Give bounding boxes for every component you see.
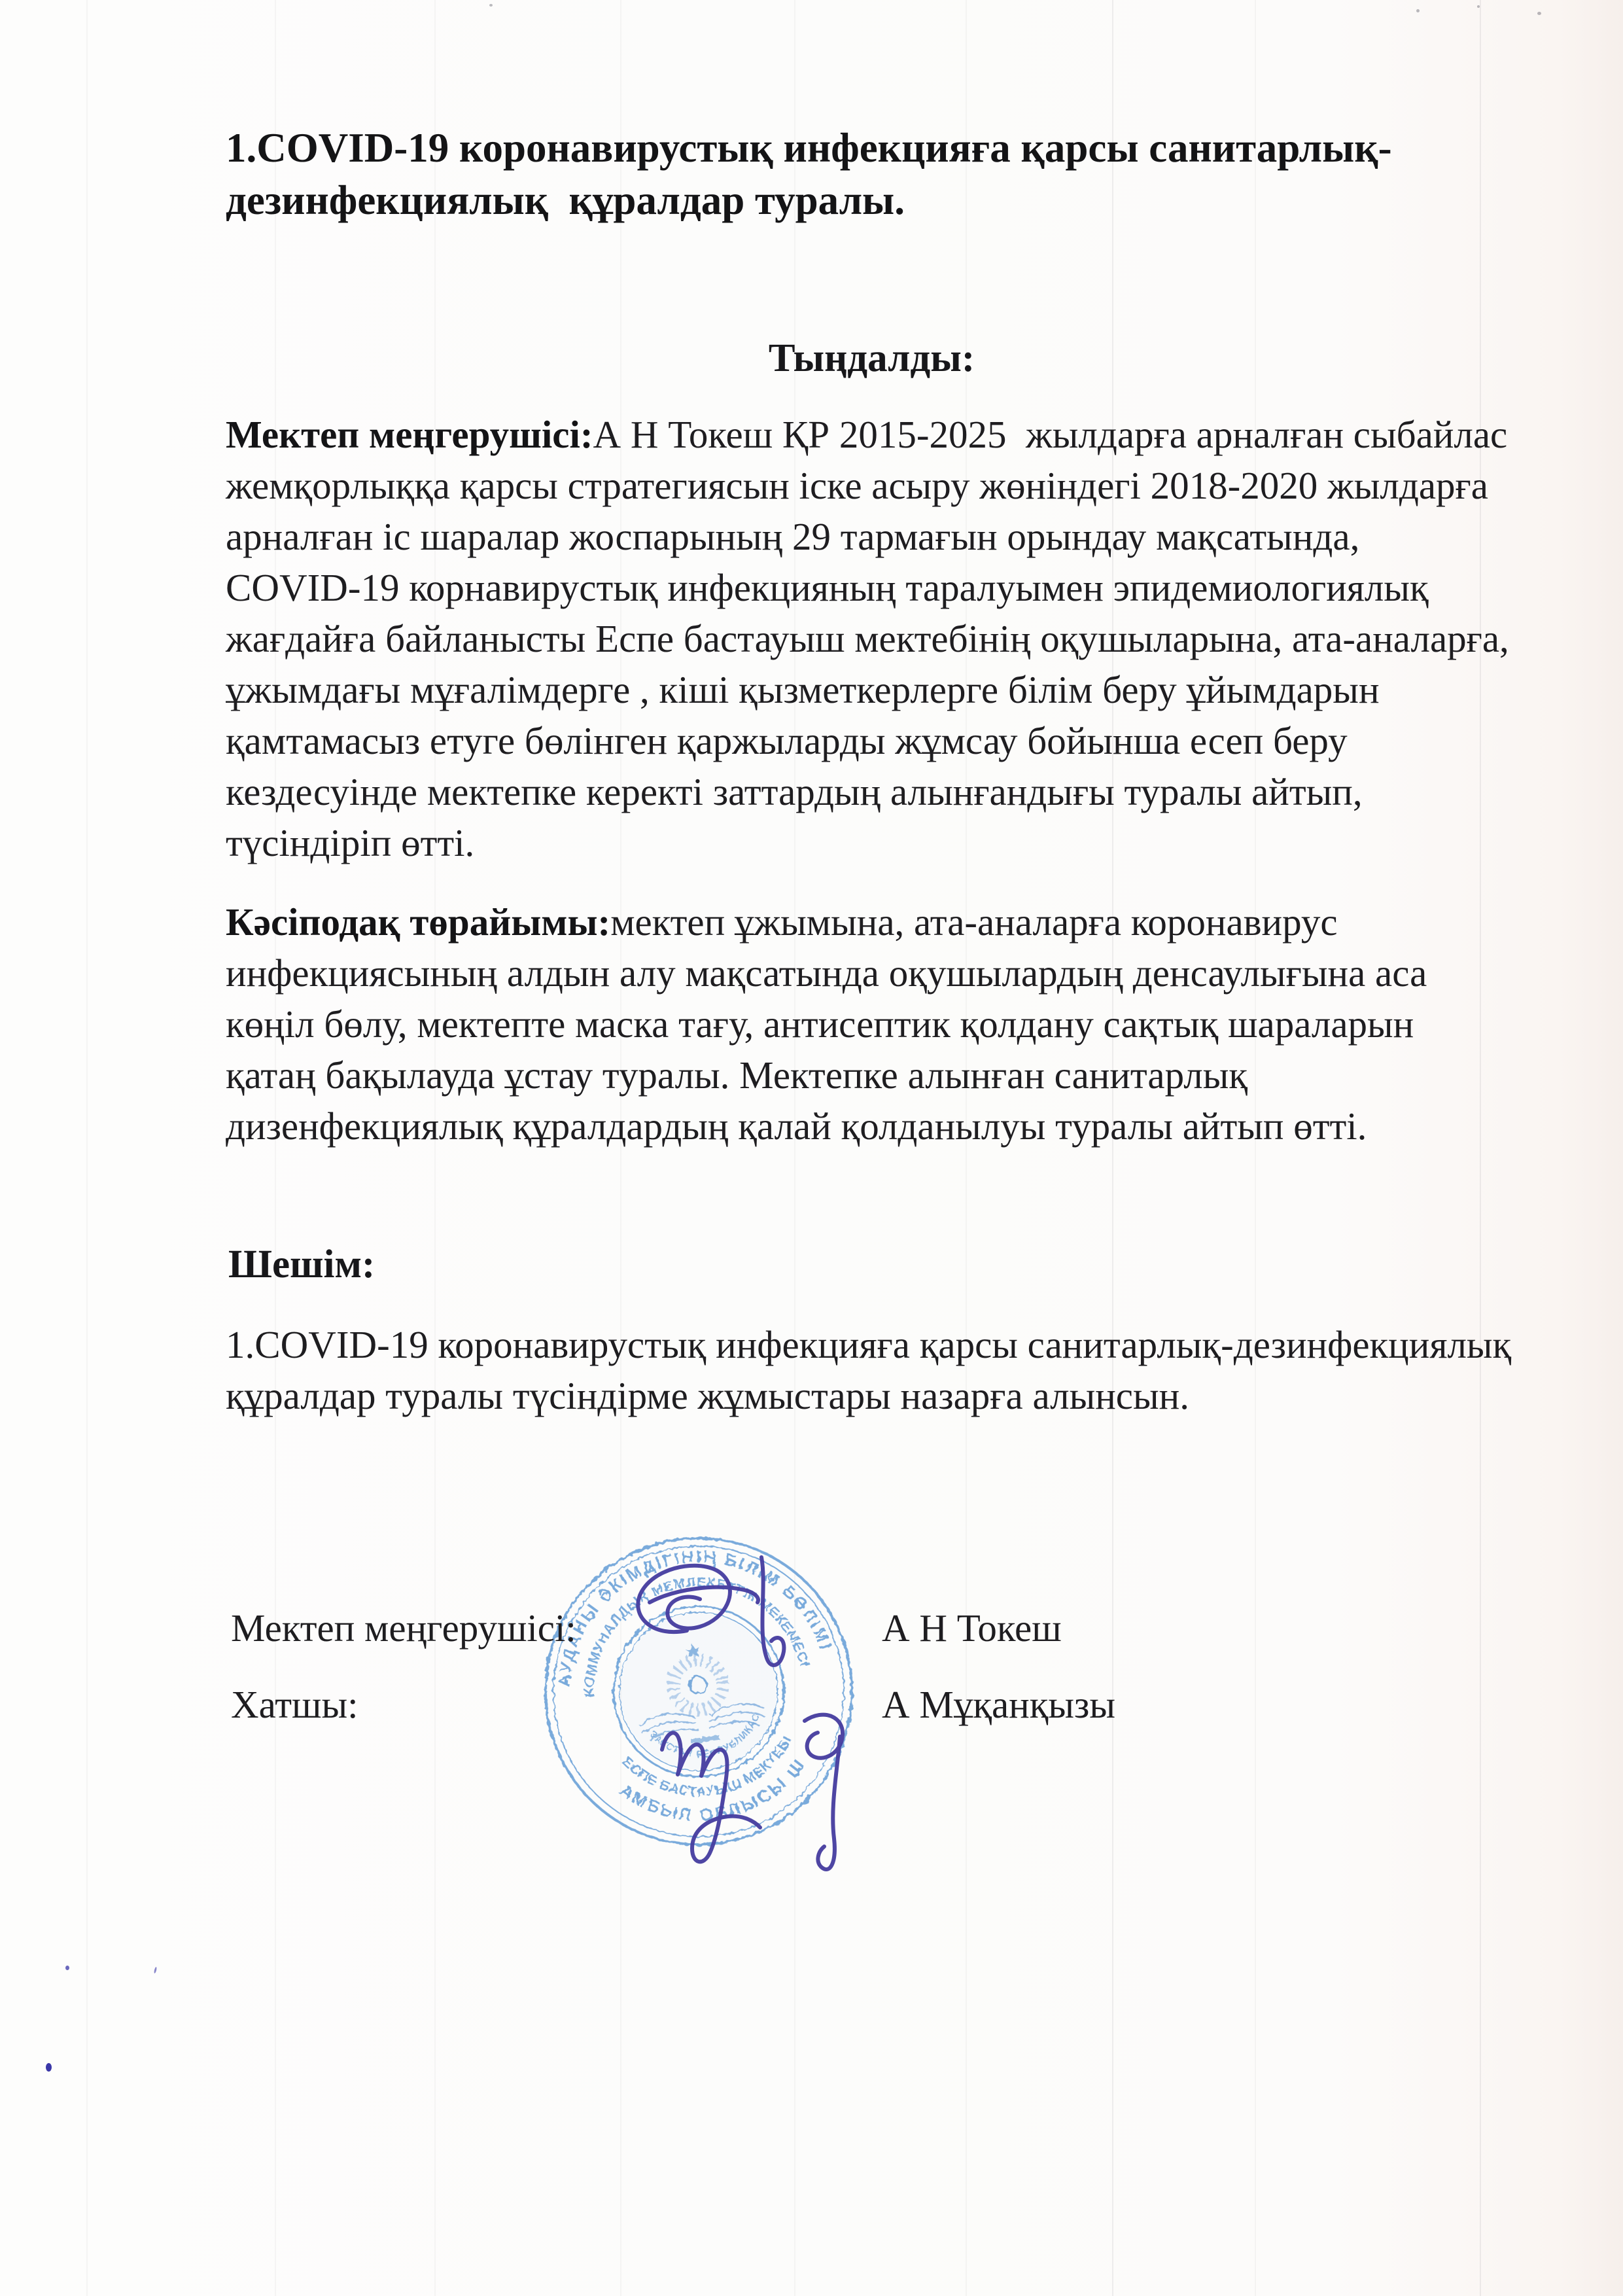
text-line: қамтамасыз етуге бөлінген қаржыларды жұм…: [226, 715, 1509, 766]
text-line: дизенфекциялық құралдардың қалай қолданы…: [226, 1101, 1427, 1152]
text-line: инфекциясының алдын алу мақсатында оқушы…: [226, 947, 1427, 998]
text-line: құралдар туралы түсіндірме жұмыстары наз…: [226, 1370, 1511, 1421]
signature-label: Хатшы:: [231, 1683, 358, 1726]
text-line: арналған іс шаралар жоспарының 29 тармағ…: [226, 511, 1509, 562]
ink-dot: [65, 1966, 69, 1970]
section-heading-heard: Тыңдалды:: [226, 332, 1518, 385]
text-line: көңіл бөлу, мектепте маска тағу, антисеп…: [226, 998, 1427, 1050]
speaker-label: Мектеп меңгерушісі:: [226, 413, 593, 456]
ink-dot: [154, 1967, 157, 1973]
paragraph-union-chair-report: Кәсіподақ төрайымы:мектеп ұжымына, ата-а…: [226, 896, 1427, 1152]
ink-dot: [46, 2063, 52, 2072]
paragraph-school-head-report: Мектеп меңгерушісі:А Н Токеш ҚР 2015-202…: [226, 409, 1509, 868]
text-line: COVID-19 корнавирустық инфекцияның тарал…: [226, 562, 1509, 613]
title-line: 1.COVID-19 коронавирустық инфекцияға қар…: [226, 122, 1392, 174]
text-line: Мектеп меңгерушісі:А Н Токеш ҚР 2015-202…: [226, 409, 1509, 460]
text-run: А Н Токеш ҚР 2015-2025 жылдарға арналған…: [593, 413, 1508, 456]
speaker-label: Кәсіподақ төрайымы:: [226, 900, 610, 944]
text-line: жемқорлыққа қарсы стратегиясын іске асыр…: [226, 460, 1509, 511]
text-line: түсіндіріп өтті.: [226, 817, 1509, 868]
signature-row: Хатшы: А Мұқанқызы: [231, 1679, 1513, 1730]
signature-row: Мектеп меңгерушісі: А Н Токеш: [231, 1602, 1513, 1653]
scan-artifact-line: [86, 0, 88, 2296]
text-run: мектеп ұжымына, ата-аналарға коронавирус: [610, 900, 1337, 944]
signature-label: Мектеп меңгерушісі:: [231, 1606, 576, 1650]
signer-name: А Мұқанқызы: [882, 1679, 1115, 1730]
scan-speck: [489, 4, 493, 7]
signer-name: А Н Токеш: [882, 1602, 1062, 1653]
section-heading-decision: Шешім:: [228, 1239, 375, 1291]
title-line: дезинфекциялық құралдар туралы.: [226, 174, 1392, 226]
scanned-document-page: 1.COVID-19 коронавирустық инфекцияға қар…: [0, 0, 1623, 2296]
signature-secretary: [662, 1715, 843, 1869]
text-line: 1.COVID-19 коронавирустық инфекцияға қар…: [226, 1319, 1511, 1370]
text-line: Кәсіподақ төрайымы:мектеп ұжымына, ата-а…: [226, 896, 1427, 947]
text-line: ұжымдағы мұғалімдерге , кіші қызметкерле…: [226, 664, 1509, 715]
text-line: кездесуінде мектепке керекті заттардың а…: [226, 766, 1509, 817]
text-line: қатаң бақылауда ұстау туралы. Мектепке а…: [226, 1050, 1427, 1101]
text-line: жағдайға байланысты Еспе бастауыш мектеб…: [226, 613, 1509, 664]
document-title: 1.COVID-19 коронавирустық инфекцияға қар…: [226, 122, 1392, 226]
scan-speck: [1477, 5, 1480, 8]
scan-speck: [1537, 12, 1541, 15]
paragraph-decision: 1.COVID-19 коронавирустық инфекцияға қар…: [226, 1319, 1511, 1421]
scan-speck: [1416, 9, 1420, 12]
